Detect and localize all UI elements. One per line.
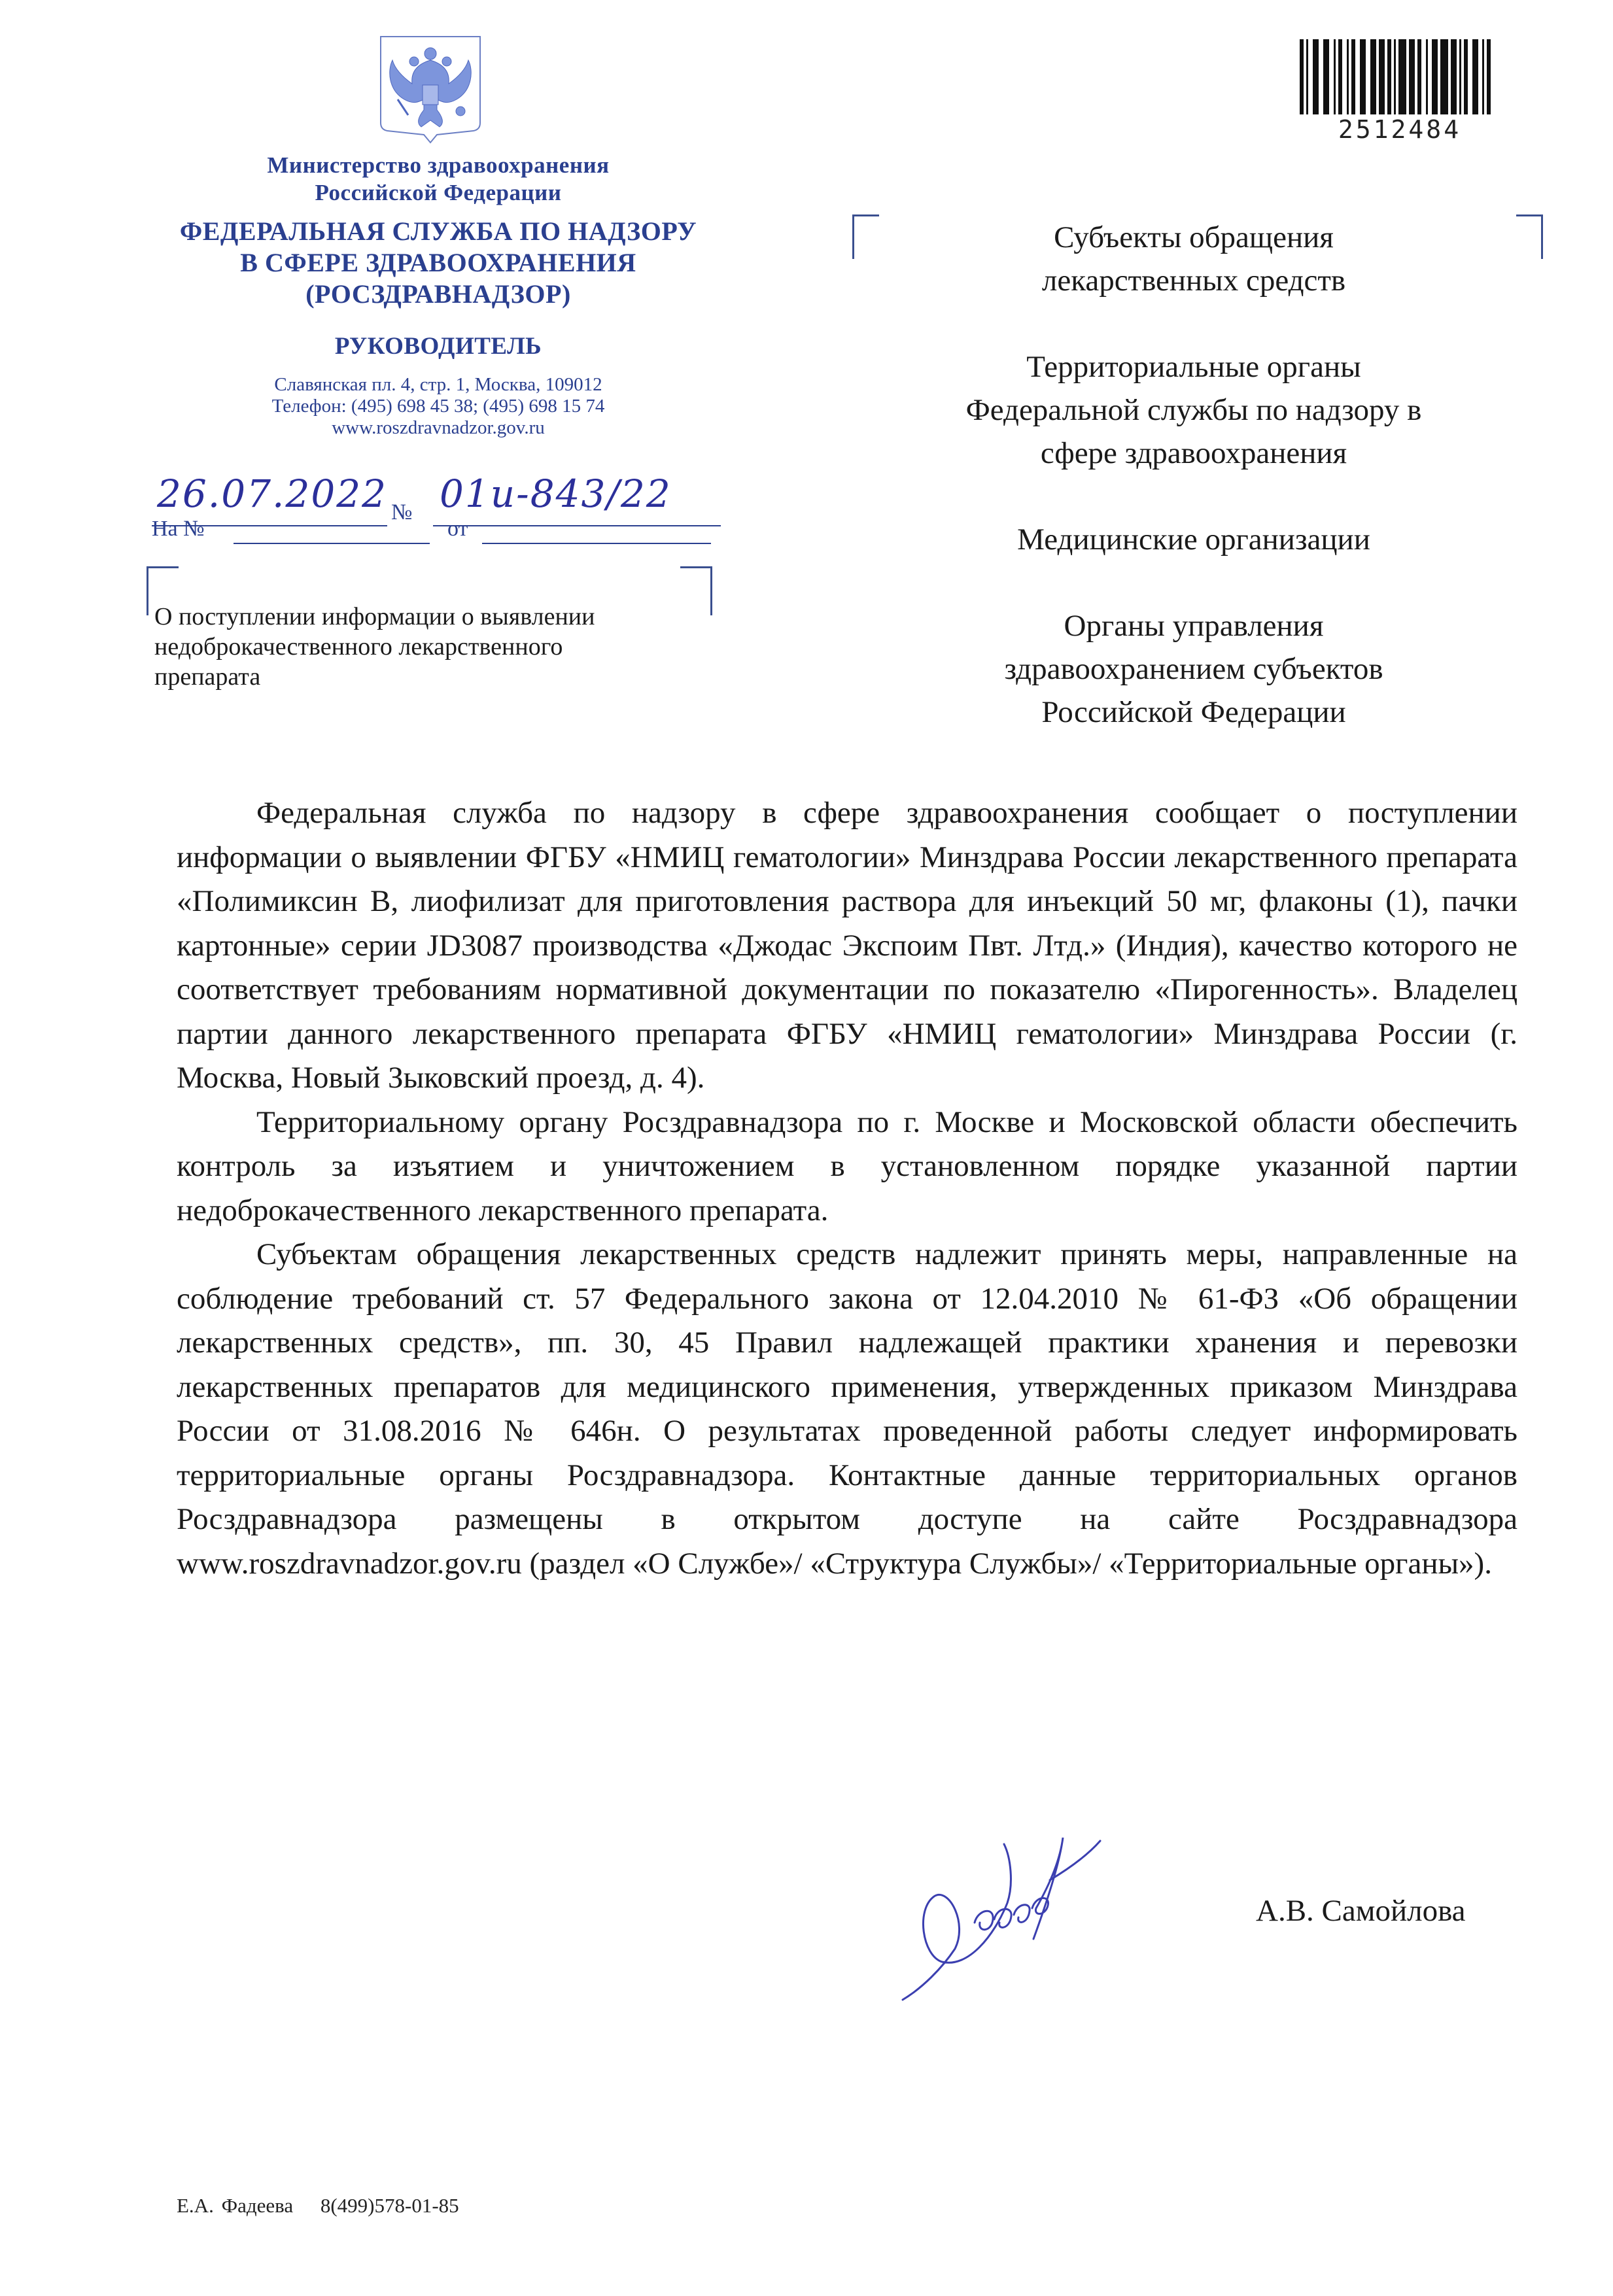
body-paragraph: Федеральная служба по надзору в сфере зд… [177,791,1518,1101]
executor-info: Е.А. Фадеева 8(499)578-01-85 [177,2194,459,2218]
recipient-group: Территориальные органы Федеральной служб… [863,345,1524,475]
barcode [1298,38,1498,116]
registration-date: 26.07.2022 [157,471,387,516]
recipient-group: Органы управления здравоохранением субъе… [863,604,1524,734]
recipient-line: здравоохранением субъектов [863,647,1524,691]
service-name-line2: В СФЕРЕ ЗДРАВООХРАНЕНИЯ [157,247,720,279]
website: www.roszdravnadzor.gov.ru [157,417,720,439]
letter-body: Федеральная служба по надзору в сфере зд… [177,791,1518,1586]
double-headed-eagle-icon [378,31,483,144]
recipient-line: Субъекты обращения [863,216,1524,259]
recipient-line: Федеральной службы по надзору в [863,388,1524,432]
executor-name: Е.А. Фадеева [177,2194,293,2217]
service-abbreviation: (РОСЗДРАВНАДЗОР) [157,279,720,310]
subject-line: недоброкачественного лекарственного [154,632,730,662]
coat-of-arms-emblem [378,31,483,144]
subject-line: препарата [154,662,730,692]
signer-name: А.В. Самойлова [1256,1893,1466,1928]
letterhead: Министерство здравоохранения Российской … [157,152,720,439]
barcode-number: 2512484 [1302,115,1498,144]
recipients-block: Субъекты обращения лекарственных средств… [863,216,1524,777]
body-paragraph: Территориальному органу Росздравнадзора … [177,1101,1518,1233]
recipient-line: Территориальные органы [863,345,1524,388]
recipient-line: сфере здравоохранения [863,432,1524,475]
body-paragraph: Субъектам обращения лекарственных средст… [177,1233,1518,1586]
reference-line: На № от [152,517,714,556]
position-title: РУКОВОДИТЕЛЬ [157,332,720,361]
recipient-line: Органы управления [863,604,1524,647]
recipient-group: Медицинские организации [863,518,1524,561]
service-name-line1: ФЕДЕРАЛЬНАЯ СЛУЖБА ПО НАДЗОРУ [157,216,720,247]
phone: Телефон: (495) 698 45 38; (495) 698 15 7… [157,396,720,417]
reference-number-label: На № [152,517,205,541]
barcode-icon [1298,38,1498,116]
handwritten-signature [896,1825,1262,2021]
letter-subject: О поступлении информации о выявлении нед… [154,602,730,692]
signature-icon [896,1825,1262,2021]
reference-number-field [234,543,430,544]
registration-number: 01и-843/22 [440,471,672,516]
recipient-group: Субъекты обращения лекарственных средств [863,216,1524,302]
address: Славянская пл. 4, стр. 1, Москва, 109012 [157,374,720,396]
recipient-line: лекарственных средств [863,259,1524,302]
executor-phone: 8(499)578-01-85 [321,2194,459,2217]
reference-date-field [482,543,711,544]
recipient-line: Российской Федерации [863,691,1524,734]
reference-from-label: от [447,517,468,541]
ministry-name: Министерство здравоохранения [157,152,720,179]
ministry-name-line2: Российской Федерации [157,179,720,207]
subject-line: О поступлении информации о выявлении [154,602,730,632]
recipient-line: Медицинские организации [863,518,1524,561]
